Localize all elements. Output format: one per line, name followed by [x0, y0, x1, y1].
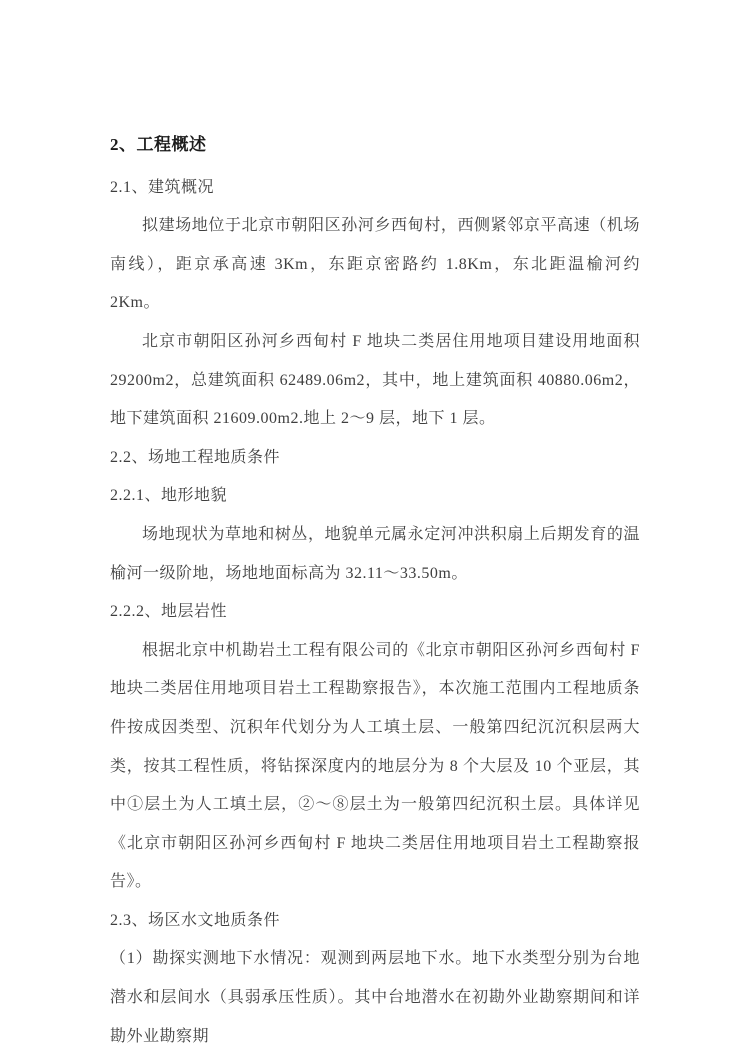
- paragraph-stratum-description: 根据北京中机勘岩土工程有限公司的《北京市朝阳区孙河乡西甸村 F 地块二类居住用地…: [110, 632, 640, 902]
- subsection-title-site-engineering-geology: 2.2、场地工程地质条件: [110, 439, 640, 478]
- section-title-project-overview: 2、工程概述: [110, 126, 640, 165]
- paragraph-site-location: 拟建场地位于北京市朝阳区孙河乡西甸村，西侧紧邻京平高速（机场南线），距京承高速 …: [110, 207, 640, 323]
- paragraph-groundwater-observation: （1）勘探实测地下水情况：观测到两层地下水。地下水类型分别为台地潜水和层间水（具…: [110, 940, 640, 1052]
- document-content: 2、工程概述 2.1、建筑概况 拟建场地位于北京市朝阳区孙河乡西甸村，西侧紧邻京…: [110, 126, 640, 1052]
- subsection-title-hydrogeology: 2.3、场区水文地质条件: [110, 902, 640, 941]
- subsection-title-topography: 2.2.1、地形地貌: [110, 477, 640, 516]
- subsection-title-stratum-lithology: 2.2.2、地层岩性: [110, 593, 640, 632]
- document-page: 2、工程概述 2.1、建筑概况 拟建场地位于北京市朝阳区孙河乡西甸村，西侧紧邻京…: [0, 0, 744, 1052]
- paragraph-topography-description: 场地现状为草地和树丛，地貌单元属永定河冲洪积扇上后期发育的温榆河一级阶地，场地地…: [110, 516, 640, 593]
- subsection-title-building-overview: 2.1、建筑概况: [110, 169, 640, 208]
- paragraph-building-areas: 北京市朝阳区孙河乡西甸村 F 地块二类居住用地项目建设用地面积 29200m2，…: [110, 323, 640, 439]
